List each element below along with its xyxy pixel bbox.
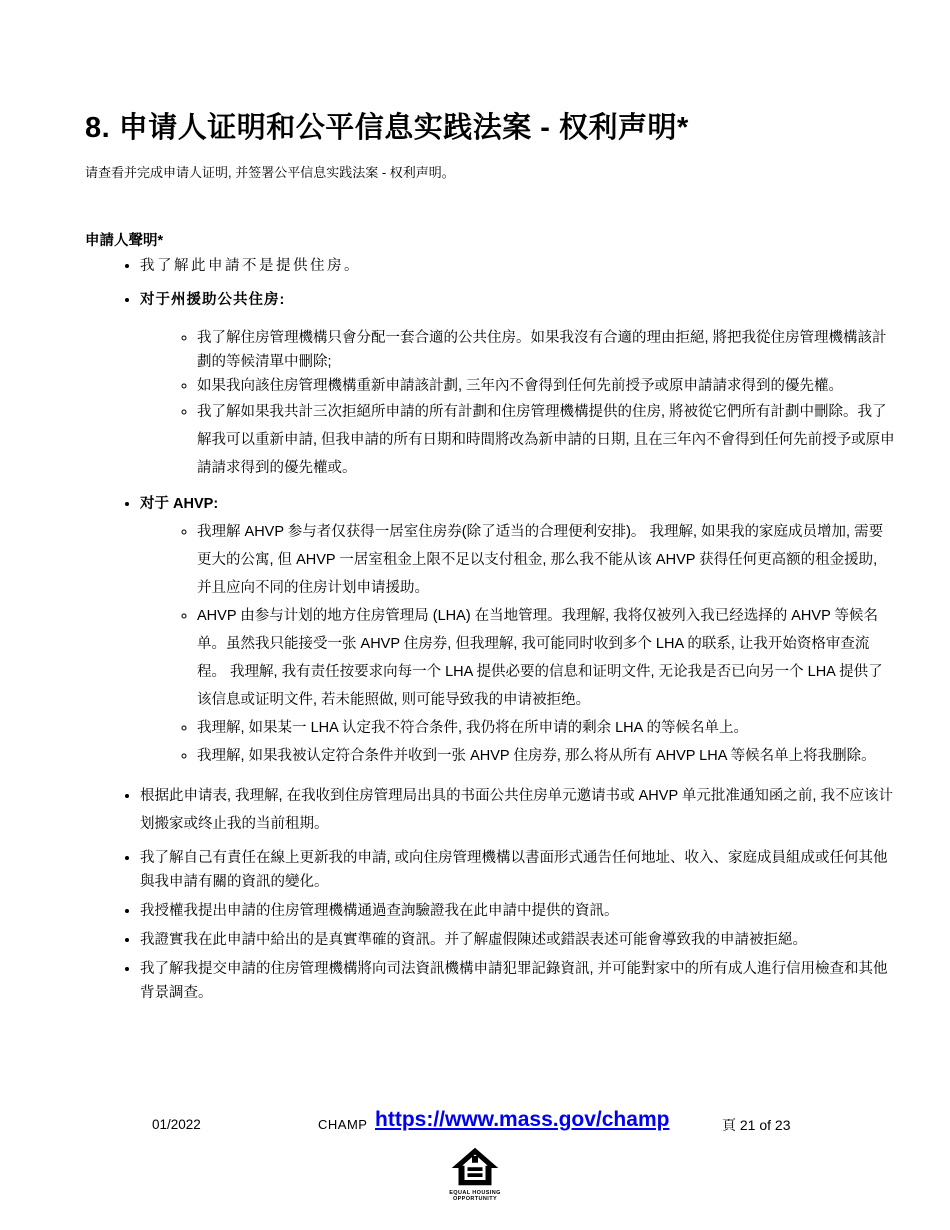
sub-statement-reapply-priority: 如果我向該住房管理機構重新申請該計劃, 三年內不會得到任何先前授予或原申請請求得… — [197, 374, 895, 398]
ahvp-sublist: 我理解 AHVP 参与者仅获得一居室住房券(除了适当的合理便利安排)。 我理解,… — [140, 518, 895, 770]
statement-not-housing-offer: 我了解此申請不是提供住房。 — [140, 254, 895, 278]
statement-authorize-verification: 我授權我提出申請的住房管理機構通過查詢驗證我在此申請中提供的資訊。 — [140, 899, 895, 923]
document-page: 8. 申请人证明和公平信息实践法案 - 权利声明* 请查看并完成申请人证明, 并… — [0, 0, 950, 1230]
champ-link[interactable]: https://www.mass.gov/champ — [375, 1108, 669, 1132]
equal-housing-house-icon — [451, 1147, 499, 1189]
sub-statement-ahvp-voucher: 我理解 AHVP 参与者仅获得一居室住房券(除了适当的合理便利安排)。 我理解,… — [197, 518, 895, 602]
eho-caption-line2: OPPORTUNITY — [0, 1196, 950, 1202]
statement-true-information: 我證實我在此申請中給出的是真實準確的資訊。并了解虛假陳述或錯誤表述可能會導致我的… — [140, 928, 895, 952]
sub-statement-one-offer: 我了解住房管理機構只會分配一套合適的公共住房。如果我沒有合適的理由拒絕, 將把我… — [197, 326, 895, 374]
declaration-heading: 申請人聲明* — [85, 232, 895, 250]
champ-label: CHAMP — [318, 1117, 367, 1132]
statement-state-aided-housing: 对于州援助公共住房: 我了解住房管理機構只會分配一套合適的公共住房。如果我沒有合… — [140, 288, 895, 482]
equal-housing-logo: EQUAL HOUSING OPPORTUNITY — [0, 1147, 950, 1202]
sub-statement-ahvp-lha: AHVP 由参与计划的地方住房管理局 (LHA) 在当地管理。我理解, 我将仅被… — [197, 602, 895, 714]
statements-list: 我了解此申請不是提供住房。 对于州援助公共住房: 我了解住房管理機構只會分配一套… — [85, 254, 895, 1005]
statement-state-aided-housing-label: 对于州援助公共住房: — [140, 292, 285, 308]
eho-caption: EQUAL HOUSING OPPORTUNITY — [0, 1190, 950, 1202]
statement-ahvp-label: 对于 AHVP: — [140, 496, 218, 512]
statement-ahvp: 对于 AHVP: 我理解 AHVP 参与者仅获得一居室住房券(除了适当的合理便利… — [140, 492, 895, 770]
sub-statement-three-refusals: 我了解如果我共計三次拒絕所申請的所有計劃和住房管理機構提供的住房, 將被從它們所… — [197, 398, 895, 482]
statement-no-move: 根据此申请表, 我理解, 在我收到住房管理局出具的书面公共住房单元邀请书或 AH… — [140, 782, 895, 838]
sub-statement-ahvp-ineligible: 我理解, 如果某一 LHA 认定我不符合条件, 我仍将在所申请的剩余 LHA 的… — [197, 714, 895, 742]
document-content: 8. 申请人证明和公平信息实践法案 - 权利声明* 请查看并完成申请人证明, 并… — [85, 0, 895, 1005]
footer-date: 01/2022 — [152, 1117, 201, 1132]
sub-statement-ahvp-removal: 我理解, 如果我被认定符合条件并收到一张 AHVP 住房券, 那么将从所有 AH… — [197, 742, 895, 770]
intro-text: 请查看并完成申请人证明, 并签署公平信息实践法案 - 权利声明。 — [85, 164, 895, 182]
statement-update-application: 我了解自己有責任在線上更新我的申請, 或向住房管理機構以書面形式通告任何地址、收… — [140, 846, 895, 894]
state-housing-sublist: 我了解住房管理機構只會分配一套合適的公共住房。如果我沒有合適的理由拒絕, 將把我… — [140, 326, 895, 482]
page-title: 8. 申请人证明和公平信息实践法案 - 权利声明* — [85, 0, 895, 146]
statement-criminal-record: 我了解我提交申請的住房管理機構將向司法資訊機構申請犯罪記錄資訊, 并可能對家中的… — [140, 957, 895, 1005]
page-number: 頁 21 of 23 — [722, 1115, 791, 1135]
